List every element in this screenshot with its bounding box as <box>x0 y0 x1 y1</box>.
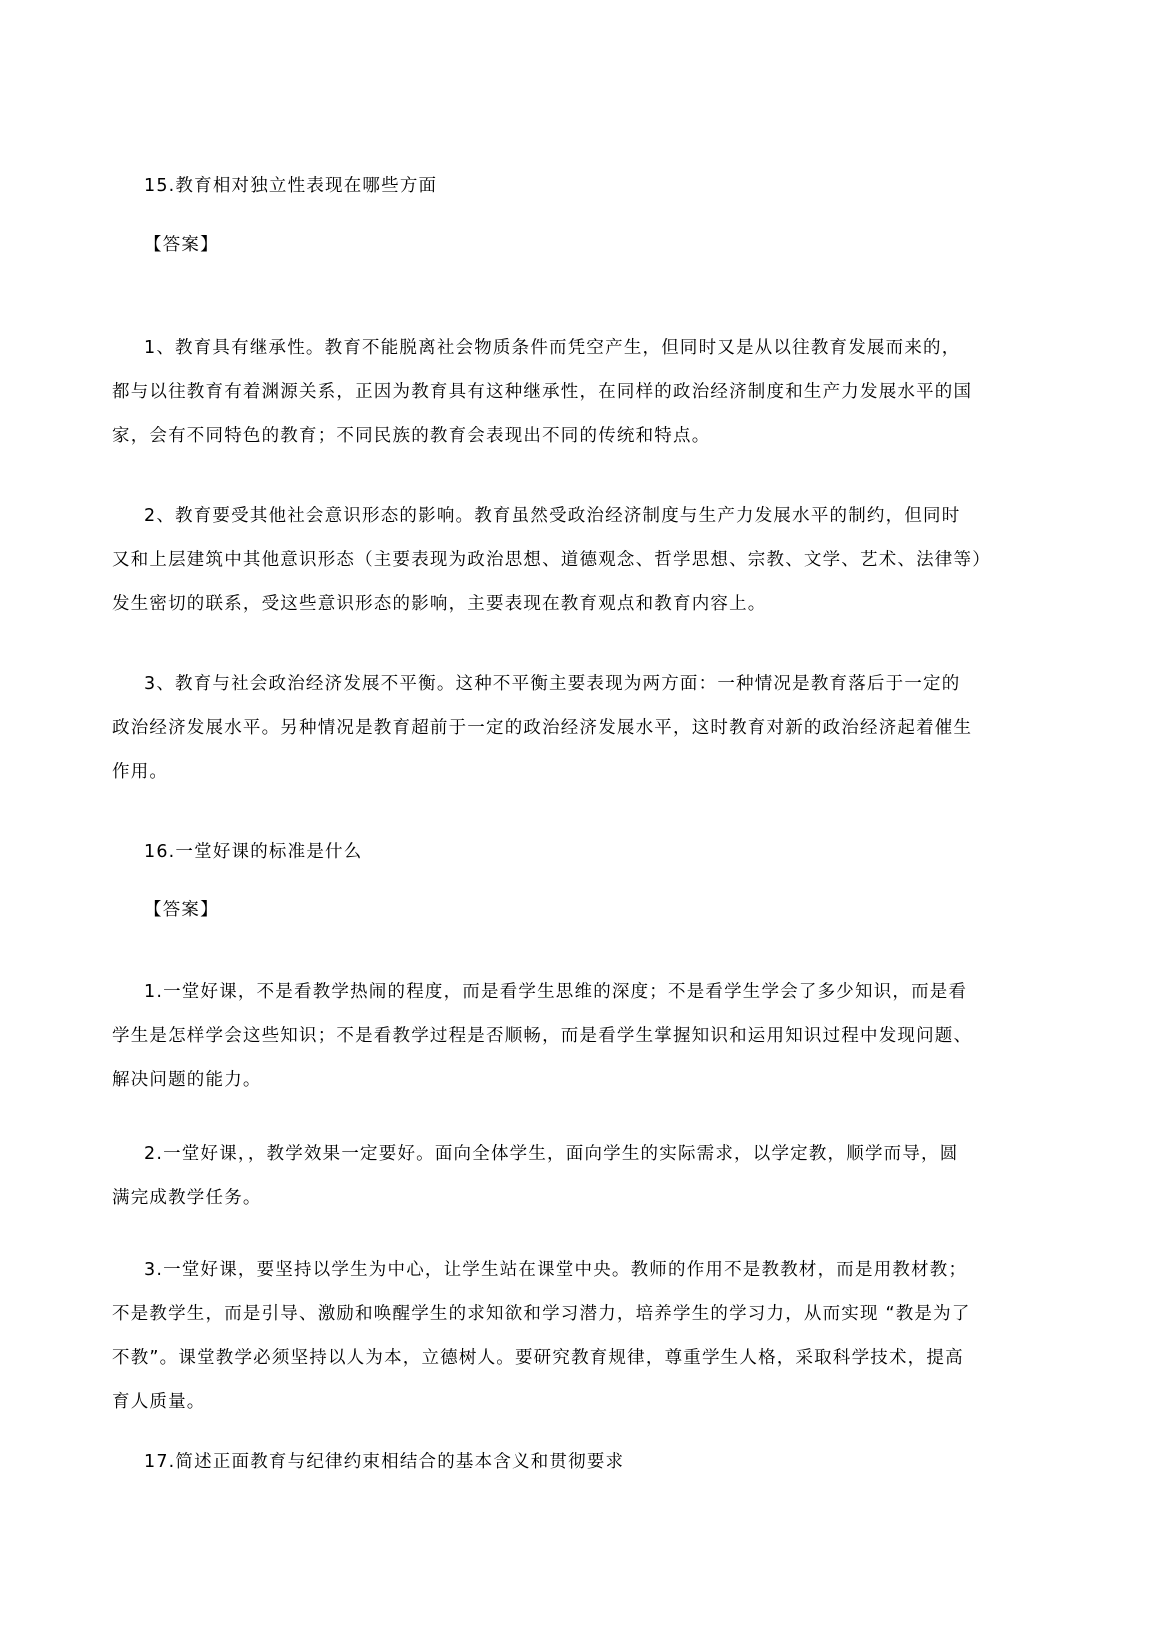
paragraph-line: 3、教育与社会政治经济发展不平衡。这种不平衡主要表现为两方面：一种情况是教育落后… <box>112 662 1048 706</box>
paragraph-line: 作用。 <box>112 750 1048 794</box>
q16-paragraph-1: 1.一堂好课，不是看教学热闹的程度，而是看学生思维的深度；不是看学生学会了多少知… <box>112 970 1048 1102</box>
q16-paragraph-3: 3.一堂好课，要坚持以学生为中心，让学生站在课堂中央。教师的作用不是教教材，而是… <box>112 1248 1048 1424</box>
paragraph-line: 不是教学生，而是引导、激励和唤醒学生的求知欲和学习潜力，培养学生的学习力，从而实… <box>112 1292 1048 1336</box>
paragraph-line: 又和上层建筑中其他意识形态（主要表现为政治思想、道德观念、哲学思想、宗教、文学、… <box>112 538 1048 582</box>
q16-paragraph-2: 2.一堂好课，，教学效果一定要好。面向全体学生，面向学生的实际需求，以学定教，顺… <box>112 1132 1048 1220</box>
paragraph-line: 2.一堂好课，，教学效果一定要好。面向全体学生，面向学生的实际需求，以学定教，顺… <box>112 1132 1048 1176</box>
answer-label: 【答案】 <box>112 888 1048 932</box>
answer-label: 【答案】 <box>112 223 1048 267</box>
question-text: 15.教育相对独立性表现在哪些方面 <box>112 164 1048 208</box>
paragraph-line: 3.一堂好课，要坚持以学生为中心，让学生站在课堂中央。教师的作用不是教教材，而是… <box>112 1248 1048 1292</box>
paragraph-line: 不教”。课堂教学必须坚持以人为本，立德树人。要研究教育规律，尊重学生人格，采取科… <box>112 1336 1048 1380</box>
paragraph-line: 1.一堂好课，不是看教学热闹的程度，而是看学生思维的深度；不是看学生学会了多少知… <box>112 970 1048 1014</box>
question-17-title: 17.简述正面教育与纪律约束相结合的基本含义和贯彻要求 <box>112 1440 1048 1484</box>
question-16-title: 16.一堂好课的标准是什么 <box>112 830 1048 874</box>
paragraph-line: 育人质量。 <box>112 1380 1048 1424</box>
paragraph-line: 学生是怎样学会这些知识；不是看教学过程是否顺畅，而是看学生掌握知识和运用知识过程… <box>112 1014 1048 1058</box>
paragraph-line: 2、教育要受其他社会意识形态的影响。教育虽然受政治经济制度与生产力发展水平的制约… <box>112 494 1048 538</box>
question-text: 17.简述正面教育与纪律约束相结合的基本含义和贯彻要求 <box>112 1440 1048 1484</box>
paragraph-line: 政治经济发展水平。另种情况是教育超前于一定的政治经济发展水平，这时教育对新的政治… <box>112 706 1048 750</box>
paragraph-line: 满完成教学任务。 <box>112 1176 1048 1220</box>
q15-paragraph-1: 1、教育具有继承性。教育不能脱离社会物质条件而凭空产生，但同时又是从以往教育发展… <box>112 326 1048 458</box>
question-text: 16.一堂好课的标准是什么 <box>112 830 1048 874</box>
paragraph-line: 都与以往教育有着渊源关系，正因为教育具有这种继承性，在同样的政治经济制度和生产力… <box>112 370 1048 414</box>
paragraph-line: 家，会有不同特色的教育；不同民族的教育会表现出不同的传统和特点。 <box>112 414 1048 458</box>
question-15-title: 15.教育相对独立性表现在哪些方面 <box>112 164 1048 208</box>
answer-label-15: 【答案】 <box>112 223 1048 267</box>
paragraph-line: 发生密切的联系，受这些意识形态的影响，主要表现在教育观点和教育内容上。 <box>112 582 1048 626</box>
paragraph-line: 1、教育具有继承性。教育不能脱离社会物质条件而凭空产生，但同时又是从以往教育发展… <box>112 326 1048 370</box>
q15-paragraph-3: 3、教育与社会政治经济发展不平衡。这种不平衡主要表现为两方面：一种情况是教育落后… <box>112 662 1048 794</box>
paragraph-line: 解决问题的能力。 <box>112 1058 1048 1102</box>
answer-label-16: 【答案】 <box>112 888 1048 932</box>
q15-paragraph-2: 2、教育要受其他社会意识形态的影响。教育虽然受政治经济制度与生产力发展水平的制约… <box>112 494 1048 626</box>
